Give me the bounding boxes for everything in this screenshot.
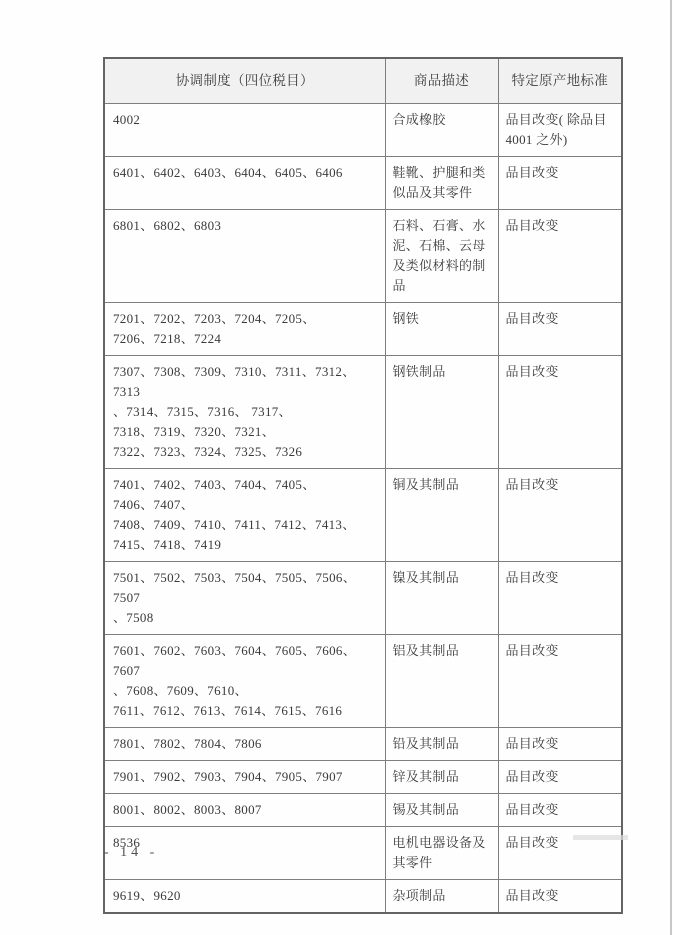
cell-hs: 7801、7802、7804、7806 xyxy=(104,728,385,761)
table-row: 7307、7308、7309、7310、7311、7312、7313 、7314… xyxy=(104,356,622,469)
document-page: 协调制度（四位税目） 商品描述 特定原产地标准 4002合成橡胶品目改变( 除品… xyxy=(0,0,673,935)
cell-hs: 9619、9620 xyxy=(104,880,385,914)
cell-desc: 铅及其制品 xyxy=(385,728,498,761)
header-hs-codes: 协调制度（四位税目） xyxy=(104,58,385,104)
table-row: 4002合成橡胶品目改变( 除品目 4001 之外) xyxy=(104,104,622,157)
cell-hs: 7501、7502、7503、7504、7505、7506、7507 、7508 xyxy=(104,562,385,635)
cell-desc: 石料、石膏、水泥、石棉、云母及类似材料的制品 xyxy=(385,210,498,303)
cell-rule: 品目改变 xyxy=(498,728,622,761)
table-row: 7401、7402、7403、7404、7405、 7406、7407、 740… xyxy=(104,469,622,562)
table-row: 7201、7202、7203、7204、7205、 7206、7218、7224… xyxy=(104,303,622,356)
scan-edge-artifact xyxy=(670,0,672,935)
cell-desc: 铝及其制品 xyxy=(385,635,498,728)
cell-hs: 4002 xyxy=(104,104,385,157)
cell-rule: 品目改变( 除品目 4001 之外) xyxy=(498,104,622,157)
table-row: 8001、8002、8003、8007锡及其制品品目改变 xyxy=(104,794,622,827)
cell-hs: 8001、8002、8003、8007 xyxy=(104,794,385,827)
table-row: 9619、9620杂项制品品目改变 xyxy=(104,880,622,914)
cell-desc: 钢铁 xyxy=(385,303,498,356)
cell-desc: 锌及其制品 xyxy=(385,761,498,794)
cell-rule: 品目改变 xyxy=(498,469,622,562)
cell-hs: 6401、6402、6403、6404、6405、6406 xyxy=(104,157,385,210)
cell-rule: 品目改变 xyxy=(498,356,622,469)
cell-desc: 杂项制品 xyxy=(385,880,498,914)
table-row: 6401、6402、6403、6404、6405、6406鞋靴、护腿和类似品及其… xyxy=(104,157,622,210)
cell-rule: 品目改变 xyxy=(498,562,622,635)
cell-rule: 品目改变 xyxy=(498,761,622,794)
cell-desc: 锡及其制品 xyxy=(385,794,498,827)
page-number: - 14 - xyxy=(104,845,158,861)
scan-smudge-artifact xyxy=(573,835,628,840)
cell-desc: 镍及其制品 xyxy=(385,562,498,635)
table-row: 7901、7902、7903、7904、7905、7907锌及其制品品目改变 xyxy=(104,761,622,794)
cell-rule: 品目改变 xyxy=(498,880,622,914)
table-row: 7501、7502、7503、7504、7505、7506、7507 、7508… xyxy=(104,562,622,635)
cell-desc: 电机电器设备及其零件 xyxy=(385,827,498,880)
cell-hs: 7307、7308、7309、7310、7311、7312、7313 、7314… xyxy=(104,356,385,469)
cell-hs: 7401、7402、7403、7404、7405、 7406、7407、 740… xyxy=(104,469,385,562)
header-product-description: 商品描述 xyxy=(385,58,498,104)
cell-hs: 6801、6802、6803 xyxy=(104,210,385,303)
cell-hs: 7901、7902、7903、7904、7905、7907 xyxy=(104,761,385,794)
table-row: 7601、7602、7603、7604、7605、7606、7607 、7608… xyxy=(104,635,622,728)
cell-desc: 钢铁制品 xyxy=(385,356,498,469)
cell-rule: 品目改变 xyxy=(498,157,622,210)
cell-rule: 品目改变 xyxy=(498,303,622,356)
table-header-row: 协调制度（四位税目） 商品描述 特定原产地标准 xyxy=(104,58,622,104)
table-body: 4002合成橡胶品目改变( 除品目 4001 之外)6401、6402、6403… xyxy=(104,104,622,914)
cell-desc: 鞋靴、护腿和类似品及其零件 xyxy=(385,157,498,210)
table-row: 6801、6802、6803石料、石膏、水泥、石棉、云母及类似材料的制品品目改变 xyxy=(104,210,622,303)
cell-rule: 品目改变 xyxy=(498,635,622,728)
cell-desc: 铜及其制品 xyxy=(385,469,498,562)
table-row: 8536电机电器设备及其零件品目改变 xyxy=(104,827,622,880)
cell-rule: 品目改变 xyxy=(498,210,622,303)
cell-hs: 7201、7202、7203、7204、7205、 7206、7218、7224 xyxy=(104,303,385,356)
table-row: 7801、7802、7804、7806铅及其制品品目改变 xyxy=(104,728,622,761)
header-origin-criteria: 特定原产地标准 xyxy=(498,58,622,104)
origin-rules-table: 协调制度（四位税目） 商品描述 特定原产地标准 4002合成橡胶品目改变( 除品… xyxy=(103,57,623,914)
cell-desc: 合成橡胶 xyxy=(385,104,498,157)
cell-hs: 7601、7602、7603、7604、7605、7606、7607 、7608… xyxy=(104,635,385,728)
cell-rule: 品目改变 xyxy=(498,794,622,827)
